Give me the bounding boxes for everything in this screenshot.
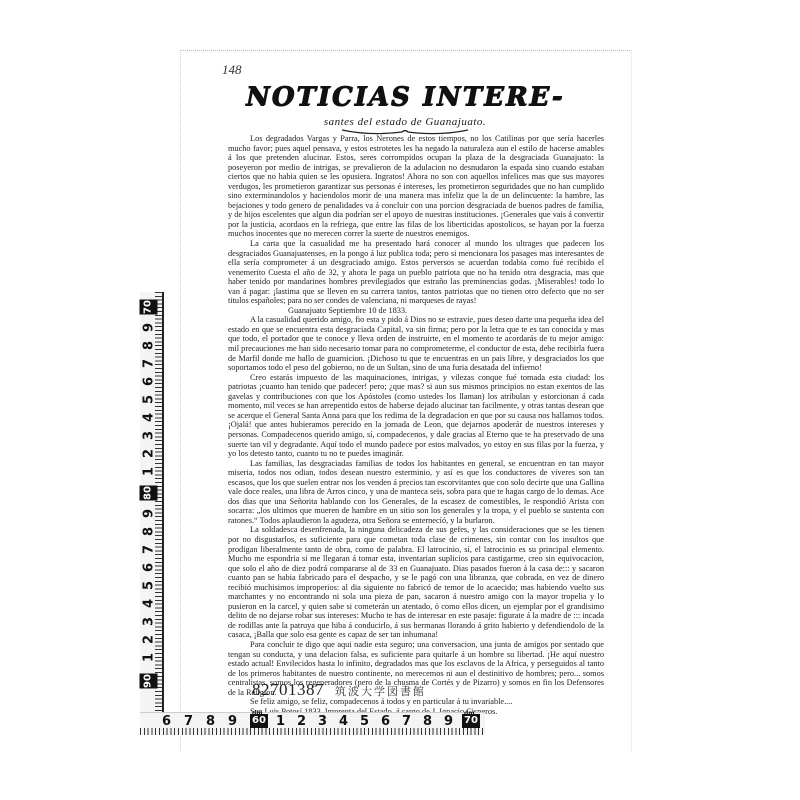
ruler-label: 6 (381, 714, 390, 729)
ruler-label: 9 (228, 714, 237, 729)
ruler-label: 1 (142, 651, 157, 665)
ruler-label: 9 (142, 321, 157, 335)
ruler-label: 9 (444, 714, 453, 729)
paragraph: La carta que la casualidad me ha present… (228, 239, 604, 306)
paragraph: Las familias, las desgraciadas familias … (228, 459, 604, 526)
ruler-ticks (155, 292, 162, 712)
masthead-subtitle: santes del estado de Guanajuato. (245, 116, 565, 128)
ruler-label: 6 (162, 714, 171, 729)
ruler-label: 5 (142, 393, 157, 407)
ruler-decimeter-box: 80 (140, 486, 158, 501)
accession-number: 82701387 (252, 680, 324, 700)
ruler-label: 3 (142, 429, 157, 443)
ruler-label: 8 (206, 714, 215, 729)
ruler-label: 2 (142, 447, 157, 461)
ruler-ticks (140, 728, 485, 735)
ruler-label: 6 (142, 561, 157, 575)
paragraph: A la casualidad querido amigo, fio esta … (228, 315, 604, 372)
ruler-decimeter-box: dm70 (462, 714, 480, 728)
ruler-label: 1 (276, 714, 285, 729)
paragraph: La soldadesca desenfrenada, la ninguna d… (228, 525, 604, 640)
ruler-label: 4 (142, 597, 157, 611)
ruler-decimeter-box: dm60 (250, 714, 268, 728)
ruler-label: 8 (142, 339, 157, 353)
ruler-label: 8 (142, 525, 157, 539)
ruler-label: 3 (318, 714, 327, 729)
ruler-label: 7 (142, 543, 157, 557)
letter-dateline: Guanajuato Septiembre 10 de 1833. (228, 306, 604, 316)
ruler-label: 2 (297, 714, 306, 729)
paragraph: Creo estarás impuesto de las maquinacion… (228, 373, 604, 459)
ruler-decimeter-box: 90 (140, 674, 158, 689)
unit-label: dm (464, 707, 475, 721)
ruler-decimeter-box: 70 (140, 300, 158, 315)
masthead-title: NOTICIAS INTERE- (245, 82, 565, 112)
unit-label: dm (252, 707, 263, 721)
horizontal-ruler: 6 7 8 9 dm60 1 2 3 4 5 6 7 8 9 dm70 (140, 712, 485, 735)
ruler-label: 7 (184, 714, 193, 729)
ruler-label: 4 (339, 714, 348, 729)
ruler-label: 3 (142, 615, 157, 629)
ruler-label: 4 (142, 411, 157, 425)
ruler-label: 7 (402, 714, 411, 729)
paragraph: Los degradados Vargas y Parra, los Neron… (228, 134, 604, 239)
ruler-label: 5 (142, 579, 157, 593)
ruler-label: 8 (423, 714, 432, 729)
ruler-label: 2 (142, 633, 157, 647)
ruler-label: 5 (360, 714, 369, 729)
ruler-label: 9 (142, 507, 157, 521)
vertical-ruler: 70 9 8 7 6 5 4 3 2 1 80 9 8 7 6 5 4 3 2 … (140, 292, 164, 712)
folio-number: 148 (222, 62, 242, 78)
library-stamp: 筑波大学図書館 (335, 683, 426, 699)
ruler-label: 7 (142, 357, 157, 371)
ruler-label: 1 (142, 465, 157, 479)
article-body: Los degradados Vargas y Parra, los Neron… (228, 134, 604, 716)
ruler-label: 6 (142, 375, 157, 389)
